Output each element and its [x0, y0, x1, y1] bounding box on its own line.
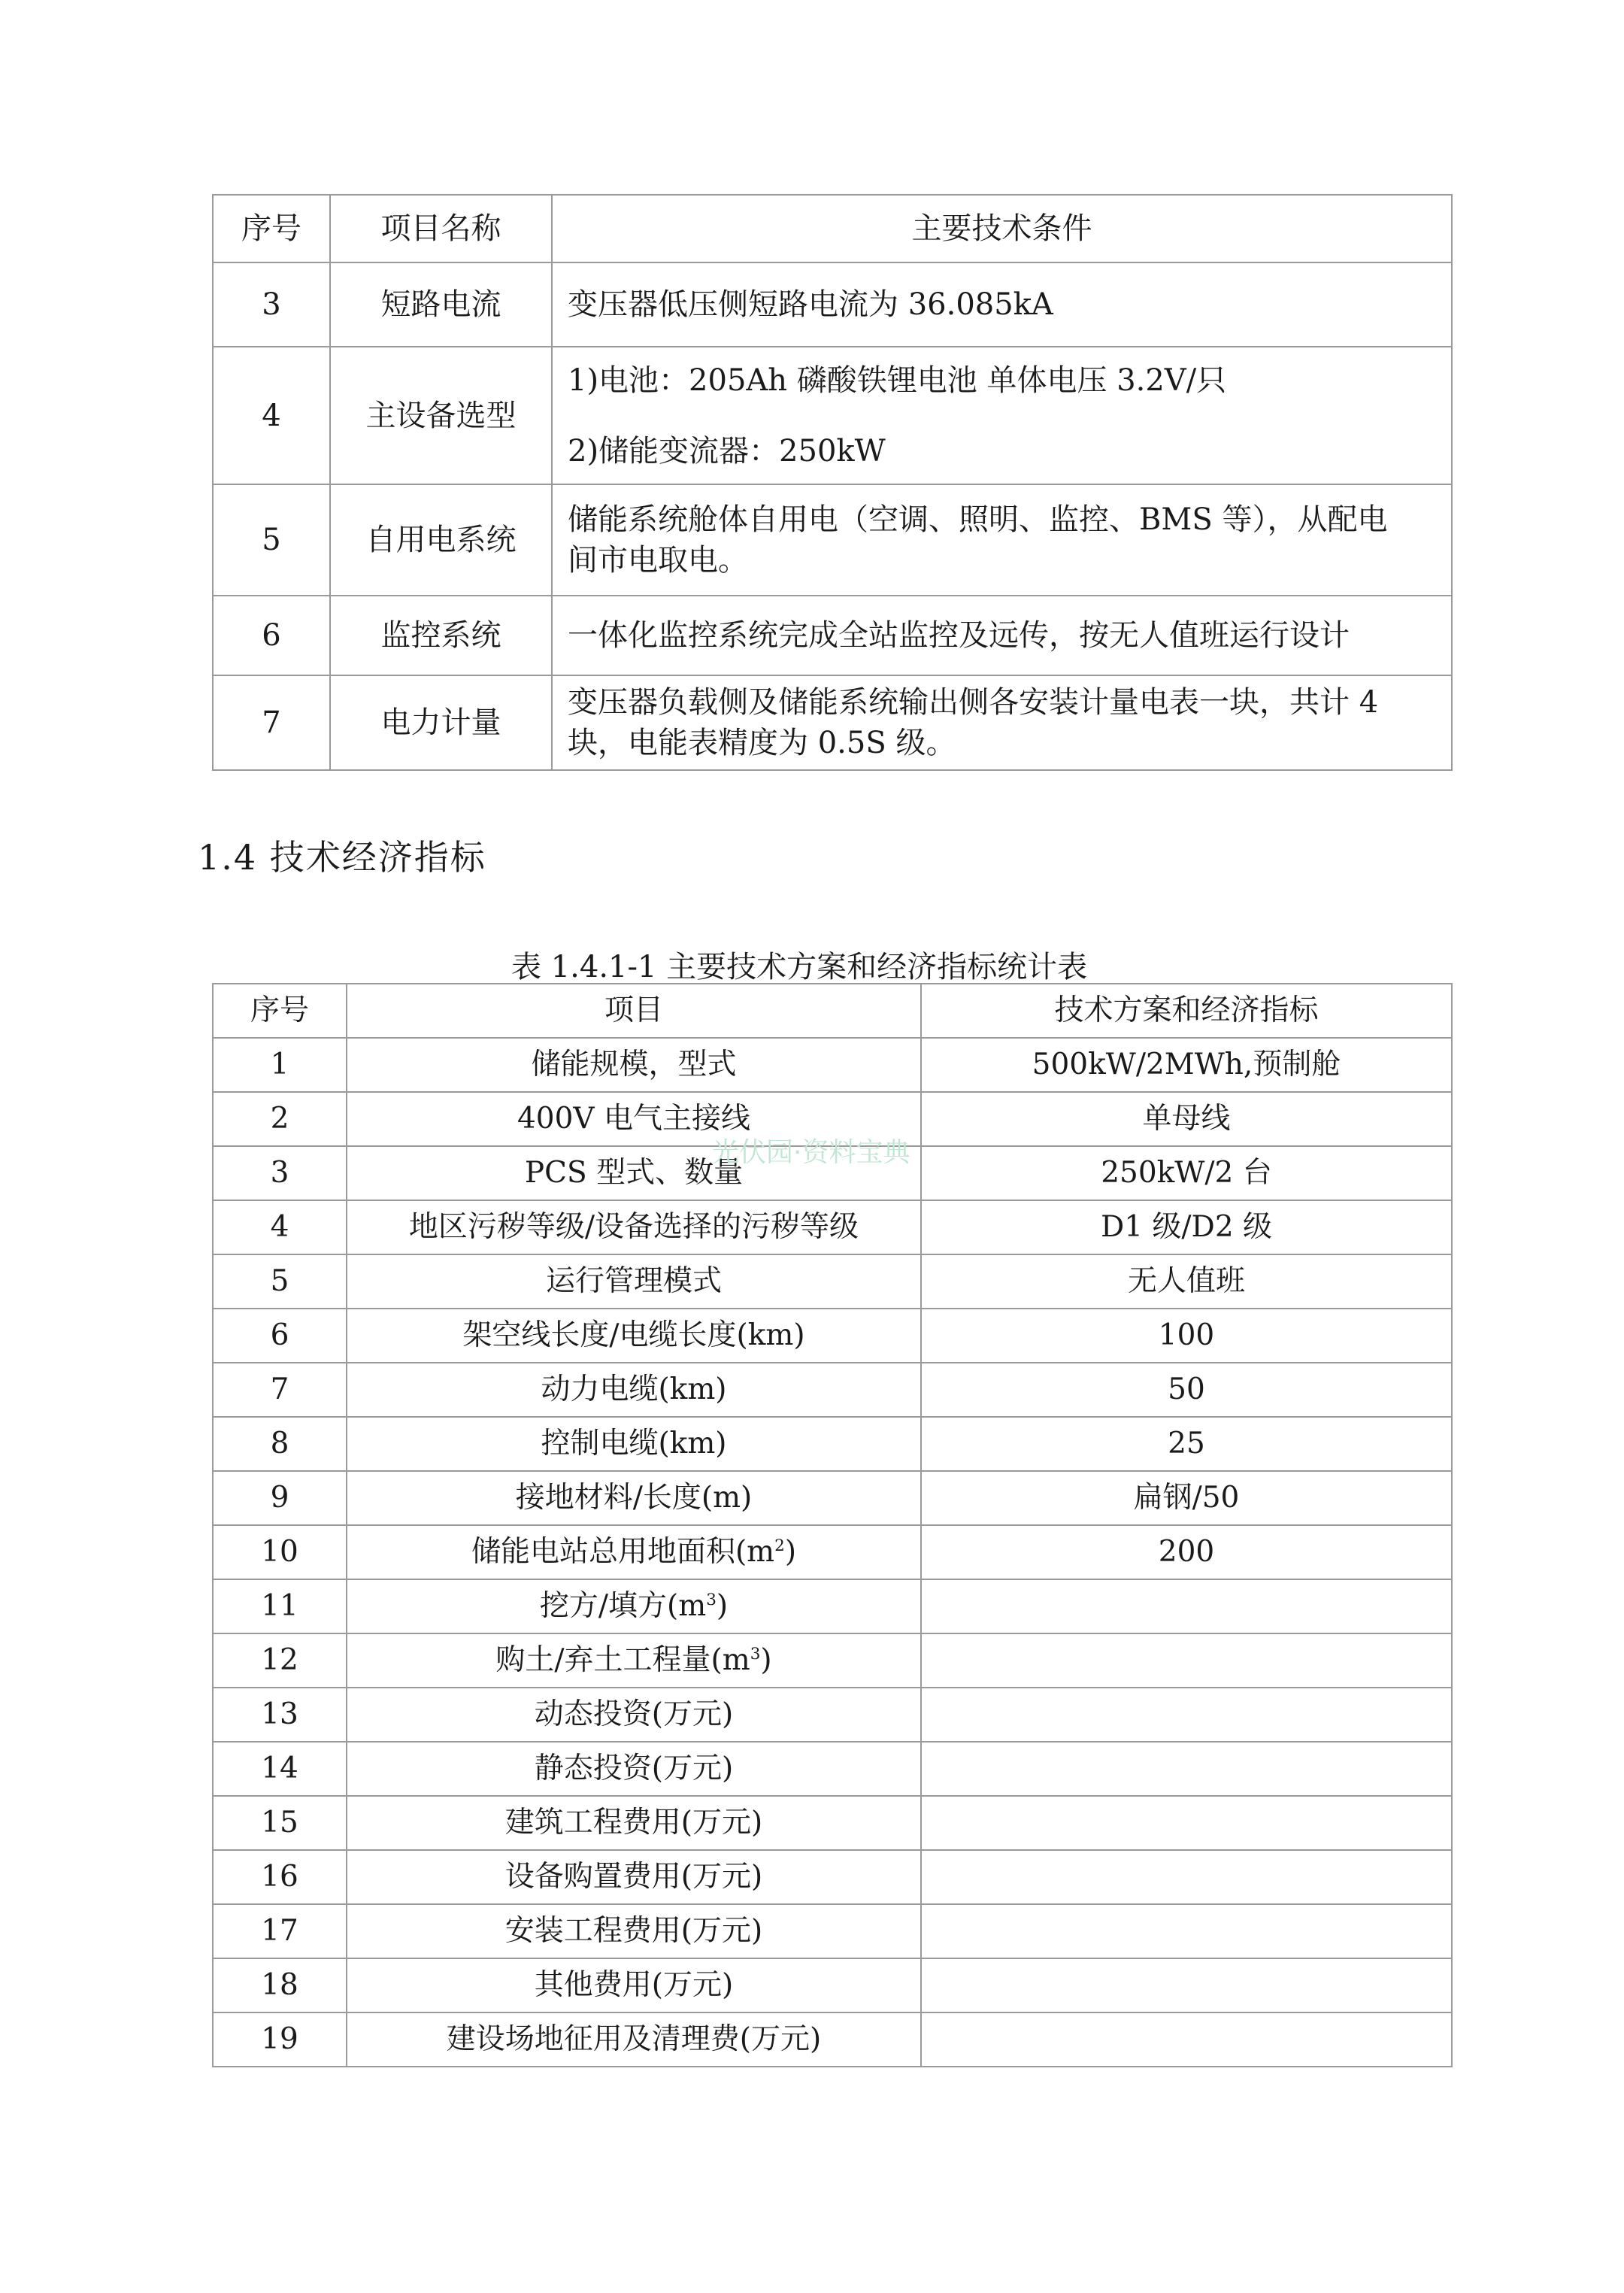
- technical-conditions-table: 序号 项目名称 主要技术条件 3 短路电流 变压器低压侧短路电流为 36.085…: [212, 194, 1453, 771]
- row-seq: 16: [213, 1850, 347, 1904]
- row-item: 挖方/填方(m3): [347, 1579, 921, 1633]
- header-item: 项目: [347, 984, 921, 1038]
- row-seq: 15: [213, 1796, 347, 1850]
- row-item: 架空线长度/电缆长度(km): [347, 1309, 921, 1363]
- row-item-text: 安装工程费用(万元): [505, 1914, 762, 1948]
- row-item-name: 短路电流: [330, 262, 552, 347]
- row-item-text: 挖方/填方(m: [540, 1589, 706, 1623]
- row-item: 设备购置费用(万元): [347, 1850, 921, 1904]
- table-row: 4 主设备选型 1)电池：205Ah 磷酸铁锂电池 单体电压 3.2V/只 2)…: [213, 347, 1452, 484]
- row-indicator-value: [921, 1958, 1452, 2012]
- row-item: 静态投资(万元): [347, 1742, 921, 1796]
- row-indicator-value: 单母线: [921, 1092, 1452, 1146]
- table-row: 5运行管理模式无人值班: [213, 1254, 1452, 1309]
- row-item: 储能电站总用地面积(m2): [347, 1525, 921, 1579]
- row-indicator-value: 25: [921, 1417, 1452, 1471]
- row-indicator-value: [921, 1688, 1452, 1742]
- table-row: 7动力电缆(km)50: [213, 1363, 1452, 1417]
- row-seq: 9: [213, 1471, 347, 1525]
- row-item: 安装工程费用(万元): [347, 1904, 921, 1958]
- row-item-text: 架空线长度/电缆长度(km): [462, 1318, 804, 1352]
- row-seq: 19: [213, 2012, 347, 2067]
- row-item: 运行管理模式: [347, 1254, 921, 1309]
- row-item: 接地材料/长度(m): [347, 1471, 921, 1525]
- row-item-text: 动态投资(万元): [535, 1697, 733, 1731]
- table-row: 6 监控系统 一体化监控系统完成全站监控及远传，按无人值班运行设计: [213, 596, 1452, 675]
- row-indicator-value: 200: [921, 1525, 1452, 1579]
- row-item-text: 400V 电气主接线: [517, 1102, 750, 1136]
- row-indicator-value: 100: [921, 1309, 1452, 1363]
- condition-line: 块，电能表精度为 0.5S 级。: [568, 725, 1444, 761]
- row-seq: 8: [213, 1417, 347, 1471]
- header-seq: 序号: [213, 984, 347, 1038]
- row-item: 购土/弃土工程量(m3): [347, 1633, 921, 1688]
- table-caption: 表 1.4.1-1 主要技术方案和经济指标统计表: [511, 943, 1087, 986]
- row-seq: 12: [213, 1633, 347, 1688]
- row-item-tail: ): [785, 1535, 796, 1569]
- row-item-text: 地区污秽等级/设备选择的污秽等级: [409, 1210, 859, 1244]
- row-item-text: 储能电站总用地面积(m: [471, 1535, 774, 1569]
- row-seq: 11: [213, 1579, 347, 1633]
- row-seq: 1: [213, 1038, 347, 1092]
- row-item: 其他费用(万元): [347, 1958, 921, 2012]
- row-seq: 4: [213, 1200, 347, 1254]
- table-row: 19建设场地征用及清理费(万元): [213, 2012, 1452, 2067]
- row-item-text: 设备购置费用(万元): [505, 1860, 762, 1894]
- table-row: 12购土/弃土工程量(m3): [213, 1633, 1452, 1688]
- row-seq: 17: [213, 1904, 347, 1958]
- row-item-name: 主设备选型: [330, 347, 552, 484]
- header-item-name: 项目名称: [330, 195, 552, 262]
- row-item-text: 接地材料/长度(m): [516, 1481, 753, 1515]
- row-item-text: 储能规模，型式: [531, 1048, 736, 1081]
- row-item: 建设场地征用及清理费(万元): [347, 2012, 921, 2067]
- table-row: 16设备购置费用(万元): [213, 1850, 1452, 1904]
- row-indicator-value: 250kW/2 台: [921, 1146, 1452, 1200]
- row-indicator-value: 50: [921, 1363, 1452, 1417]
- table-row: 3PCS 型式、数量250kW/2 台: [213, 1146, 1452, 1200]
- row-item: PCS 型式、数量: [347, 1146, 921, 1200]
- row-seq: 3: [213, 1146, 347, 1200]
- table-row: 11挖方/填方(m3): [213, 1579, 1452, 1633]
- row-indicator-value: D1 级/D2 级: [921, 1200, 1452, 1254]
- row-item-text: 控制电缆(km): [541, 1427, 726, 1460]
- row-item: 400V 电气主接线: [347, 1092, 921, 1146]
- row-indicator-value: 扁钢/50: [921, 1471, 1452, 1525]
- row-item-tail: ): [760, 1643, 771, 1677]
- section-heading: 1.4 技术经济指标: [198, 830, 486, 880]
- unit-exponent: 2: [774, 1536, 785, 1555]
- row-item-name: 电力计量: [330, 675, 552, 770]
- row-conditions: 储能系统舱体自用电（空调、照明、监控、BMS 等），从配电 间市电取电。: [552, 484, 1452, 596]
- table-row: 10储能电站总用地面积(m2)200: [213, 1525, 1452, 1579]
- row-seq: 7: [213, 675, 330, 770]
- table-row: 2400V 电气主接线单母线: [213, 1092, 1452, 1146]
- row-conditions: 一体化监控系统完成全站监控及远传，按无人值班运行设计: [552, 596, 1452, 675]
- row-indicator-value: 无人值班: [921, 1254, 1452, 1309]
- row-seq: 6: [213, 1309, 347, 1363]
- condition-line: 2)储能变流器：250kW: [568, 433, 1444, 469]
- table-row: 1储能规模，型式500kW/2MWh,预制舱: [213, 1038, 1452, 1092]
- row-indicator-value: [921, 1742, 1452, 1796]
- unit-exponent: 3: [750, 1645, 761, 1664]
- row-seq: 6: [213, 596, 330, 675]
- table-row: 7 电力计量 变压器负载侧及储能系统输出侧各安装计量电表一块，共计 4 块，电能…: [213, 675, 1452, 770]
- row-item-name: 监控系统: [330, 596, 552, 675]
- row-seq: 5: [213, 484, 330, 596]
- row-indicator-value: [921, 2012, 1452, 2067]
- row-seq: 7: [213, 1363, 347, 1417]
- table-header-row: 序号 项目名称 主要技术条件: [213, 195, 1452, 262]
- row-item-tail: ): [717, 1589, 728, 1623]
- table-row: 5 自用电系统 储能系统舱体自用电（空调、照明、监控、BMS 等），从配电 间市…: [213, 484, 1452, 596]
- row-conditions: 变压器低压侧短路电流为 36.085kA: [552, 262, 1452, 347]
- row-item-text: 运行管理模式: [546, 1264, 722, 1298]
- table-row: 6架空线长度/电缆长度(km)100: [213, 1309, 1452, 1363]
- row-seq: 13: [213, 1688, 347, 1742]
- table-row: 9接地材料/长度(m)扁钢/50: [213, 1471, 1452, 1525]
- row-indicator-value: [921, 1904, 1452, 1958]
- table-row: 3 短路电流 变压器低压侧短路电流为 36.085kA: [213, 262, 1452, 347]
- table-row: 15建筑工程费用(万元): [213, 1796, 1452, 1850]
- condition-line: 一体化监控系统完成全站监控及远传，按无人值班运行设计: [568, 617, 1444, 654]
- row-item: 储能规模，型式: [347, 1038, 921, 1092]
- condition-line: 变压器低压侧短路电流为 36.085kA: [568, 287, 1444, 323]
- row-indicator-value: [921, 1579, 1452, 1633]
- row-seq: 2: [213, 1092, 347, 1146]
- row-seq: 14: [213, 1742, 347, 1796]
- row-seq: 5: [213, 1254, 347, 1309]
- row-item: 地区污秽等级/设备选择的污秽等级: [347, 1200, 921, 1254]
- row-indicator-value: [921, 1633, 1452, 1688]
- table-row: 13动态投资(万元): [213, 1688, 1452, 1742]
- row-item: 控制电缆(km): [347, 1417, 921, 1471]
- row-item-text: PCS 型式、数量: [525, 1156, 743, 1190]
- header-seq: 序号: [213, 195, 330, 262]
- row-item-text: 建筑工程费用(万元): [505, 1806, 762, 1840]
- row-seq: 3: [213, 262, 330, 347]
- row-conditions: 1)电池：205Ah 磷酸铁锂电池 单体电压 3.2V/只 2)储能变流器：25…: [552, 347, 1452, 484]
- row-seq: 18: [213, 1958, 347, 2012]
- row-seq: 10: [213, 1525, 347, 1579]
- condition-line: 变压器负载侧及储能系统输出侧各安装计量电表一块，共计 4: [568, 684, 1444, 720]
- table-row: 4地区污秽等级/设备选择的污秽等级D1 级/D2 级: [213, 1200, 1452, 1254]
- row-item-text: 静态投资(万元): [535, 1752, 733, 1785]
- row-item: 动态投资(万元): [347, 1688, 921, 1742]
- row-item-text: 购土/弃土工程量(m: [495, 1643, 750, 1677]
- row-item-text: 动力电缆(km): [541, 1372, 726, 1406]
- table-row: 8控制电缆(km)25: [213, 1417, 1452, 1471]
- row-seq: 4: [213, 347, 330, 484]
- row-item-text: 建设场地征用及清理费(万元): [447, 2022, 821, 2056]
- row-indicator-value: 500kW/2MWh,预制舱: [921, 1038, 1452, 1092]
- table-row: 17安装工程费用(万元): [213, 1904, 1452, 1958]
- condition-line: 储能系统舱体自用电（空调、照明、监控、BMS 等），从配电: [568, 502, 1444, 538]
- header-main-conditions: 主要技术条件: [552, 195, 1452, 262]
- condition-line: 间市电取电。: [568, 542, 1444, 578]
- condition-line: 1)电池：205Ah 磷酸铁锂电池 单体电压 3.2V/只: [568, 362, 1444, 399]
- row-item: 建筑工程费用(万元): [347, 1796, 921, 1850]
- economic-indicators-table: 序号 项目 技术方案和经济指标 1储能规模，型式500kW/2MWh,预制舱24…: [212, 983, 1453, 2067]
- header-indicator: 技术方案和经济指标: [921, 984, 1452, 1038]
- row-item-name: 自用电系统: [330, 484, 552, 596]
- row-conditions: 变压器负载侧及储能系统输出侧各安装计量电表一块，共计 4 块，电能表精度为 0.…: [552, 675, 1452, 770]
- row-item: 动力电缆(km): [347, 1363, 921, 1417]
- unit-exponent: 3: [706, 1591, 717, 1609]
- row-indicator-value: [921, 1796, 1452, 1850]
- table-row: 18其他费用(万元): [213, 1958, 1452, 2012]
- row-indicator-value: [921, 1850, 1452, 1904]
- table-header-row: 序号 项目 技术方案和经济指标: [213, 984, 1452, 1038]
- row-item-text: 其他费用(万元): [535, 1968, 733, 2002]
- table-row: 14静态投资(万元): [213, 1742, 1452, 1796]
